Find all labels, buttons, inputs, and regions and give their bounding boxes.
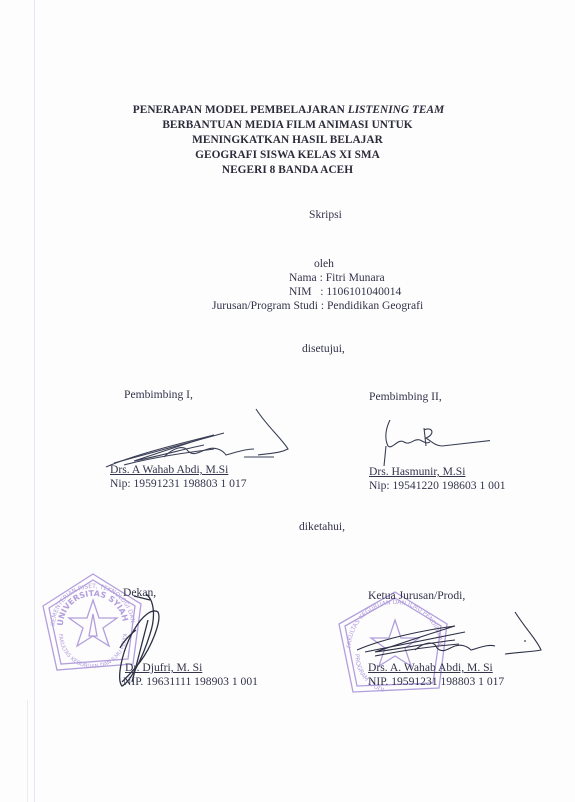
author-name: Nama : Fitri Munara: [289, 271, 385, 284]
title-italic: LISTENING TEAM: [348, 104, 444, 116]
thesis-title: PENERAPAN MODEL PEMBELAJARAN LISTENING T…: [0, 103, 575, 178]
title-line-5: NEGERI 8 BANDA ACEH: [0, 163, 575, 178]
dean-nip: NIP. 19631111 198903 1 001: [123, 675, 258, 688]
signature-supervisor-2: [380, 418, 490, 468]
approved-label: disetujui,: [302, 342, 345, 355]
supervisor-2-role: Pembimbing II,: [369, 390, 442, 403]
head-role: Ketua Jurusan/Prodi,: [368, 589, 465, 602]
dean-name: Dr. Djufri, M. Si: [125, 661, 202, 674]
head-name: Drs. A. Wahab Abdi, M. Si: [368, 661, 493, 674]
author-program: Jurusan/Program Studi : Pendidikan Geogr…: [212, 299, 423, 312]
supervisor-1-name: Drs. A Wahab Abdi, M.Si: [110, 463, 228, 476]
title-line-4: GEOGRAFI SISWA KELAS XI SMA: [0, 148, 575, 163]
document-type: Skripsi: [309, 208, 342, 221]
title-line-3: MENINGKATKAN HASIL BELAJAR: [0, 133, 575, 148]
head-nip: NIP. 19591231 198803 1 017: [368, 675, 504, 688]
supervisor-1-role: Pembimbing I,: [124, 388, 193, 401]
by-label: oleh: [314, 257, 334, 270]
author-nim: NIM : 1106101040014: [289, 285, 401, 298]
title-line-1: PENERAPAN MODEL PEMBELAJARAN LISTENING T…: [0, 103, 575, 118]
acknowledged-label: diketahui,: [299, 520, 345, 533]
title-line-2: BERBANTUAN MEDIA FILM ANIMASI UNTUK: [0, 118, 575, 133]
supervisor-2-nip: Nip: 19541220 198603 1 001: [369, 479, 506, 492]
scan-edge-line: [27, 700, 28, 802]
title-text: PENERAPAN MODEL PEMBELAJARAN: [133, 104, 348, 116]
supervisor-2-name: Drs. Hasmunir, M.Si: [369, 465, 465, 478]
supervisor-1-nip: Nip: 19591231 198803 1 017: [110, 477, 247, 490]
